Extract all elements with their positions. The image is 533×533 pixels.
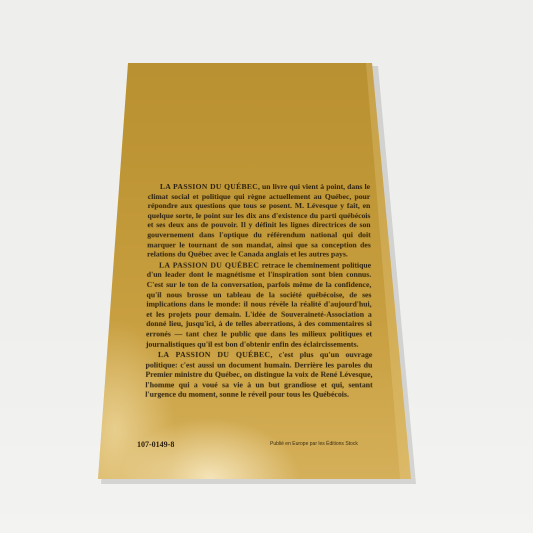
cover-blurb: LA PASSION DU QUÉBEC, un livre qui vient… [145,182,373,401]
blurb-title: LA PASSION DU QUÉBEC [159,260,259,269]
blurb-paragraph-3: LA PASSION DU QUÉBEC, c'est plus qu'un o… [145,350,373,400]
blurb-title: LA PASSION DU QUÉBEC [158,350,270,359]
blurb-text: retrace le cheminement politique d'un le… [146,260,372,348]
publisher-note: Publié en Europe par les Éditions Stock [270,441,358,447]
blurb-text: , un livre qui vient à point, dans le cl… [147,182,371,259]
blurb-title: LA PASSION DU QUÉBEC [160,182,258,191]
isbn-number: 107-0149-8 [137,440,174,449]
blurb-paragraph-2: LA PASSION DU QUÉBEC retrace le cheminem… [146,260,372,349]
blurb-paragraph-1: LA PASSION DU QUÉBEC, un livre qui vient… [147,182,371,259]
